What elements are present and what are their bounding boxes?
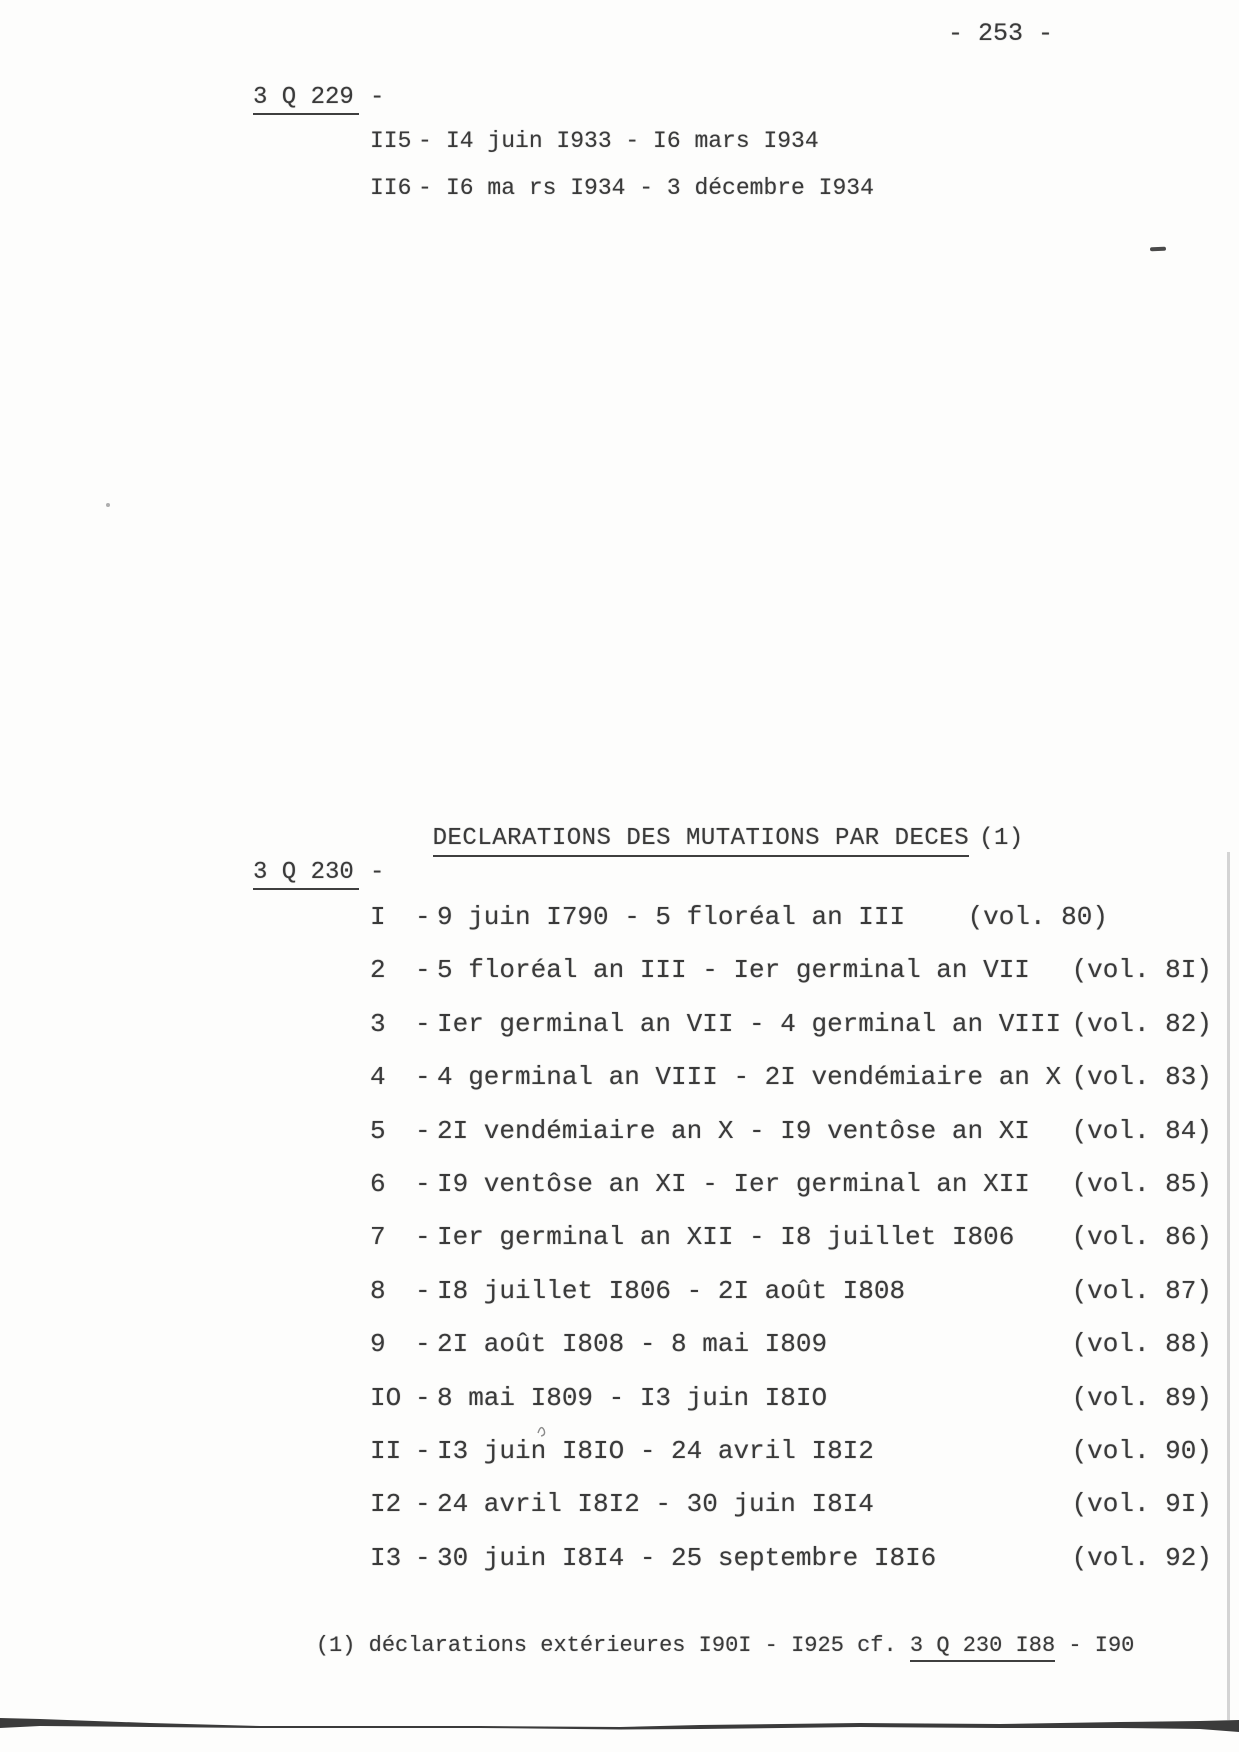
- section-code: 3 Q 229: [253, 84, 359, 115]
- section-229-entries: II5-I4 juin I933 - I6 mars I934II6-I6 ma…: [370, 128, 874, 222]
- entry-number: 6: [370, 1170, 415, 1200]
- entry-dash: -: [415, 1277, 437, 1307]
- entry-number: IO: [370, 1384, 415, 1414]
- entry-dash: -: [415, 1063, 437, 1093]
- entry-number: I: [370, 903, 415, 933]
- entry-volume: (vol. 88): [1072, 1330, 1212, 1360]
- entry-row: 4-4 germinal an VIII - 2I vendémiaire an…: [370, 1063, 1212, 1116]
- entry-row: II-I3 juin I8IO - 24 avril I8I2(vol. 90): [370, 1437, 1212, 1490]
- entry-row: 2-5 floréal an III - Ier germinal an VII…: [370, 956, 1212, 1009]
- entry-number: I3: [370, 1544, 415, 1574]
- entry-number: 4: [370, 1063, 415, 1093]
- footnote-text-suffix: - I90: [1055, 1633, 1134, 1658]
- entry-volume: (vol. 85): [1072, 1170, 1212, 1200]
- entry-row: I2-24 avril I8I2 - 30 juin I8I4(vol. 9I): [370, 1490, 1212, 1543]
- entry-row: I3-30 juin I8I4 - 25 septembre I8I6(vol.…: [370, 1544, 1212, 1597]
- entry-dates: I9 ventôse an XI - Ier germinal an XII: [437, 1170, 1030, 1200]
- entry-dates: 4 germinal an VIII - 2I vendémiaire an X: [437, 1063, 1061, 1093]
- entry-dates: Ier germinal an XII - I8 juillet I806: [437, 1223, 1014, 1253]
- entry-dates: 24 avril I8I2 - 30 juin I8I4: [437, 1490, 874, 1520]
- entry-volume: (vol. 8I): [1072, 956, 1212, 986]
- entry-dates: 5 floréal an III - Ier germinal an VII: [437, 956, 1030, 986]
- entry-dash: -: [415, 1010, 437, 1040]
- entry-dates: I3 juin I8IO - 24 avril I8I2: [437, 1437, 874, 1467]
- entry-number: II5: [370, 128, 418, 154]
- entry-dash: -: [415, 1384, 437, 1414]
- entry-volume: (vol. 87): [1072, 1277, 1212, 1307]
- entry-number: II6: [370, 175, 418, 201]
- entry-dates: I6 ma rs I934 - 3 décembre I934: [446, 175, 874, 201]
- footnote-text: (1) déclarations extérieures I90I - I925…: [316, 1633, 910, 1658]
- entry-dates: I8 juillet I806 - 2I août I808: [437, 1277, 905, 1307]
- entry-volume: (vol. 90): [1072, 1437, 1212, 1467]
- entry-dash: -: [418, 128, 446, 154]
- footnote: (1) déclarations extérieures I90I - I925…: [263, 1608, 1134, 1684]
- scan-artifact-mark: [1150, 247, 1166, 252]
- entry-number: 2: [370, 956, 415, 986]
- entry-dash: -: [415, 1330, 437, 1360]
- entry-dash: -: [415, 1117, 437, 1147]
- section-230-header: 3 Q 230 -: [253, 859, 553, 887]
- entry-dates: 30 juin I8I4 - 25 septembre I8I6: [437, 1544, 936, 1574]
- entry-volume: (vol. 84): [1072, 1117, 1212, 1147]
- entry-dates: 2I août I808 - 8 mai I809: [437, 1330, 827, 1360]
- page-number: - 253 -: [948, 20, 1053, 49]
- scan-artifact-vertical-line: [1227, 852, 1230, 1720]
- entry-dash: -: [415, 1544, 437, 1574]
- entry-number: I2: [370, 1490, 415, 1520]
- entry-dash: -: [415, 1437, 437, 1467]
- entry-row: II6-I6 ma rs I934 - 3 décembre I934: [370, 175, 874, 222]
- entry-number: 9: [370, 1330, 415, 1360]
- heading-footnote-ref: (1): [979, 825, 1024, 852]
- entry-row: 6-I9 ventôse an XI - Ier germinal an XII…: [370, 1170, 1212, 1223]
- entry-dates: 9 juin I790 - 5 floréal an III: [437, 903, 905, 933]
- section-code: 3 Q 230: [253, 859, 359, 890]
- scan-artifact-dot: [106, 503, 110, 507]
- scanned-document-page: - 253 - 3 Q 229 - II5-I4 juin I933 - I6 …: [0, 0, 1239, 1752]
- section-dash: -: [370, 859, 384, 887]
- entry-row: 5-2I vendémiaire an X - I9 ventôse an XI…: [370, 1117, 1212, 1170]
- entry-dash: -: [415, 1223, 437, 1253]
- entry-number: 3: [370, 1010, 415, 1040]
- entry-dash: -: [415, 1170, 437, 1200]
- entry-row: 9-2I août I808 - 8 mai I809(vol. 88): [370, 1330, 1212, 1383]
- entry-volume: (vol. 9I): [1072, 1490, 1212, 1520]
- entry-row: II5-I4 juin I933 - I6 mars I934: [370, 128, 874, 175]
- entry-row: 7-Ier germinal an XII - I8 juillet I806(…: [370, 1223, 1212, 1276]
- entry-volume: (vol. 83): [1072, 1063, 1212, 1093]
- entry-row: 8-I8 juillet I806 - 2I août I808(vol. 87…: [370, 1277, 1212, 1330]
- scan-artifact-page-edge: [0, 1714, 1239, 1740]
- entry-dash: -: [415, 956, 437, 986]
- entry-number: 8: [370, 1277, 415, 1307]
- entry-dates: 2I vendémiaire an X - I9 ventôse an XI: [437, 1117, 1030, 1147]
- entry-volume: (vol. 89): [1072, 1384, 1212, 1414]
- section-229-header: 3 Q 229 -: [253, 84, 553, 112]
- entry-dates: 8 mai I809 - I3 juin I8IO: [437, 1384, 827, 1414]
- section-230-entries: I-9 juin I790 - 5 floréal an III(vol. 80…: [370, 903, 1212, 1597]
- entry-dates: Ier germinal an VII - 4 germinal an VIII: [437, 1010, 1061, 1040]
- scan-artifact-squiggle: [536, 1422, 550, 1438]
- entry-volume: (vol. 82): [1072, 1010, 1212, 1040]
- footnote-reference: 3 Q 230 I88: [910, 1633, 1055, 1662]
- entry-dash: -: [418, 175, 446, 201]
- entry-volume: (vol. 80): [968, 903, 1108, 933]
- entry-row: I-9 juin I790 - 5 floréal an III(vol. 80…: [370, 903, 1212, 956]
- entry-volume: (vol. 92): [1072, 1544, 1212, 1574]
- heading-title: DECLARATIONS DES MUTATIONS PAR DECES: [433, 825, 969, 857]
- entry-dates: I4 juin I933 - I6 mars I934: [446, 128, 819, 154]
- entry-number: 7: [370, 1223, 415, 1253]
- entry-dash: -: [415, 1490, 437, 1520]
- entry-row: IO-8 mai I809 - I3 juin I8IO(vol. 89): [370, 1384, 1212, 1437]
- entry-dash: -: [415, 903, 437, 933]
- section-dash: -: [370, 84, 384, 112]
- entry-number: 5: [370, 1117, 415, 1147]
- entry-volume: (vol. 86): [1072, 1223, 1212, 1253]
- entry-row: 3-Ier germinal an VII - 4 germinal an VI…: [370, 1010, 1212, 1063]
- entry-number: II: [370, 1437, 415, 1467]
